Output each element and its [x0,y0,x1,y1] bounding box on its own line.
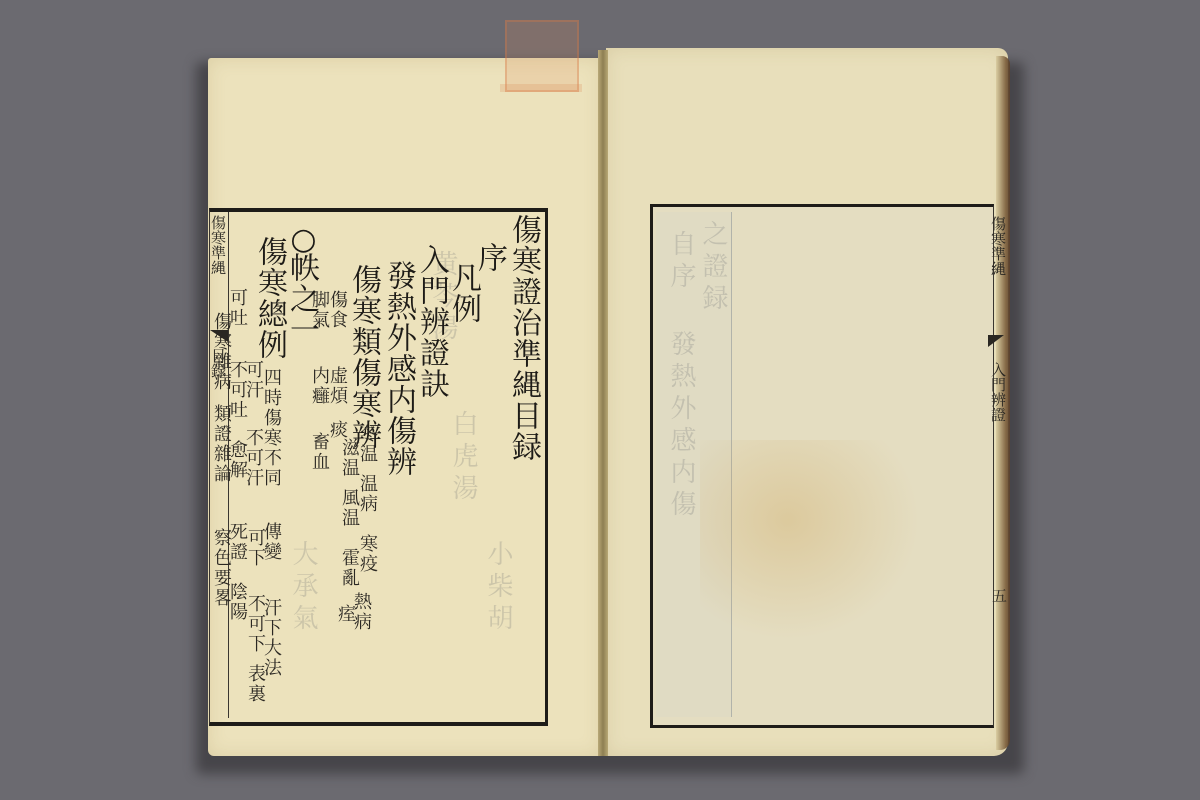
bleed-through-text: 熱 [668,362,694,388]
left-margin-label: 傷寒準縄 [210,215,225,275]
bleed-through-text: 序 [668,262,694,288]
toc-entry-fare[interactable]: 發熱外感内傷辨 [383,260,413,477]
sub-entry[interactable]: 虚煩 [328,366,346,406]
bleed-through-text: 證 [700,252,726,278]
bleed-through-text: 感 [668,426,694,452]
collection-seal-icon [505,20,579,92]
sub-entry[interactable]: 痓 [336,604,354,624]
sub-entry[interactable]: 冬温 [358,424,376,464]
sub-entry[interactable]: 四時傷寒不同 [262,368,280,488]
bleed-through-text: 傷 [668,490,694,516]
toc-entry-zonglei[interactable]: 傷寒總例 [254,236,284,360]
right-margin-label-lower: 入門辨證 [990,362,1005,422]
toc-entry-fanli[interactable]: 凡例 [448,262,478,324]
toc-entry-volume-one[interactable]: 帙之一 [286,252,316,345]
sub-entry[interactable]: 風温 [340,488,358,528]
bleed-through-text: 之 [700,220,726,246]
toc-entry-rumen[interactable]: 入門辨證訣 [416,244,446,399]
sub-entry[interactable]: 寒疫 [358,534,376,574]
sub-entry[interactable]: 内癰 [310,366,328,406]
toc-title: 傷寒證治準縄目録 [508,214,538,462]
book-gutter [598,50,608,756]
page-number: 五 [991,588,1006,603]
collection-seal-label [500,84,582,92]
sub-entry[interactable]: 可下 [246,528,264,568]
bleed-through-text: 發 [668,330,694,356]
sub-entry[interactable]: 傷食 [328,290,346,330]
bleed-through-text: 録 [700,284,726,310]
bleed-through-text: 内 [668,458,694,484]
sub-entry[interactable]: 察色要畧 [212,528,230,608]
bleed-through-text: 外 [668,394,694,420]
sub-entry[interactable]: 滋温 [340,438,358,478]
toc-entry-leishanghan[interactable]: 傷寒類傷寒辨 [348,264,378,450]
bleed-through-text: 自 [668,230,694,256]
sub-entry[interactable]: 表裏 [246,664,264,704]
sub-entry[interactable]: 類證雜論 [212,404,230,484]
water-stain [700,440,920,640]
sub-entry[interactable]: 不可下 [246,594,264,654]
sub-entry[interactable]: 霍亂 [340,548,358,588]
sub-entry[interactable]: 温病 [358,474,376,514]
right-margin-label: 傷寒準縄 [990,216,1005,276]
sub-entry[interactable]: 畜血 [310,432,328,472]
sub-entry[interactable]: 傷寒雜病 [212,312,230,392]
sub-entry[interactable]: 痰 [328,420,346,440]
